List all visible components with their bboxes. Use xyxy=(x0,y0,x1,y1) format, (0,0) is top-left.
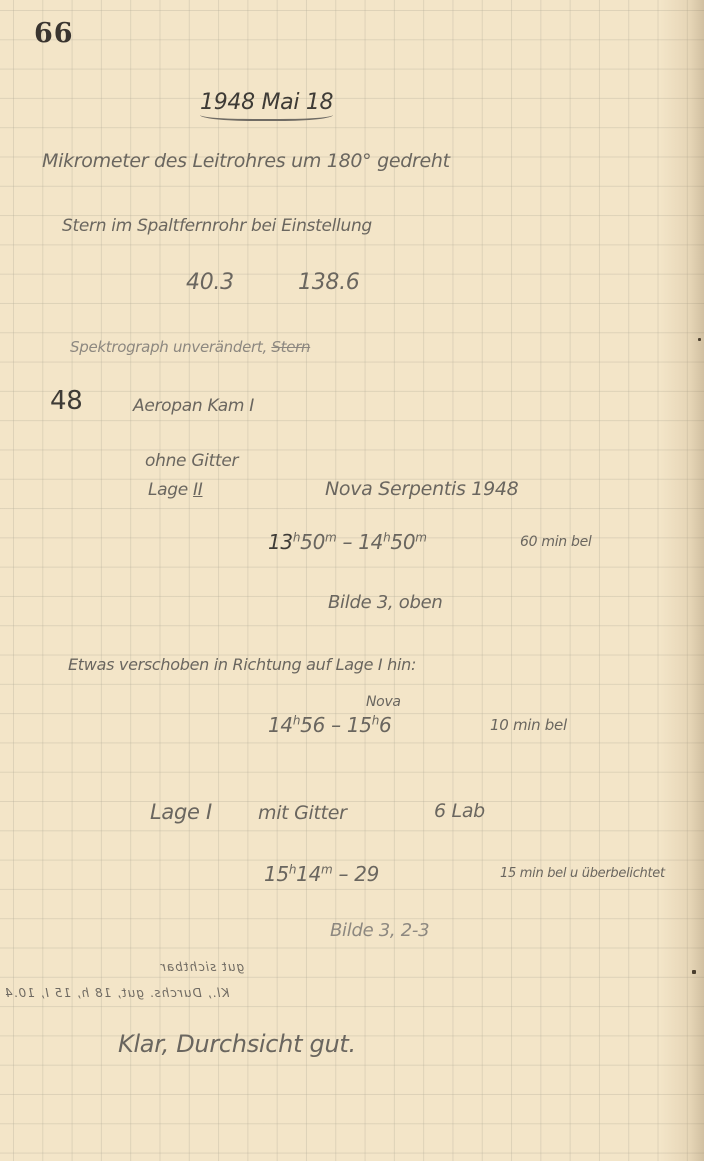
exposure-1-note: 60 min bel xyxy=(520,534,592,550)
reading-first: 40.3 xyxy=(186,270,234,295)
shift-note: Etwas verschoben in Richtung auf Lage I … xyxy=(68,655,416,674)
notebook-page: 66 1948 Mai 18 Mikrometer des Leitrohres… xyxy=(0,0,704,1161)
offset-bleed-through-1: gut sichtbar xyxy=(160,960,244,974)
offset-bleed-through-2: Kl., Durchs. gut, 18 h, 15 I, 10.4 xyxy=(4,986,229,1000)
exp3-start-hour: 15 xyxy=(264,862,289,886)
image-1-note: Bilde 3, oben xyxy=(328,592,443,613)
exp2-end-min: 6 xyxy=(379,713,391,737)
exp2-end-hour: 15 xyxy=(347,713,372,737)
exp2-start-min: 56 xyxy=(300,713,325,737)
exposure-2: 14h56 – 15h6 xyxy=(268,713,391,737)
exp3-end-min: 29 xyxy=(354,862,379,886)
paper-speck xyxy=(698,338,701,341)
exp1-start-hour: 13 xyxy=(268,530,293,554)
star-in-slit-note: Stern im Spaltfernrohr bei Einstellung xyxy=(62,216,372,236)
exp1-start-min: 50 xyxy=(300,530,325,554)
note-2: 6 Lab xyxy=(434,800,485,822)
camera-label: Aeropan Kam I xyxy=(133,396,254,416)
dash: – xyxy=(336,530,358,554)
grating-label: ohne Gitter xyxy=(145,451,238,471)
unit-h: h xyxy=(372,713,379,727)
object-name: Nova Serpentis 1948 xyxy=(325,478,518,500)
unit-m: m xyxy=(321,862,332,876)
exp1-end-hour: 14 xyxy=(358,530,383,554)
position-roman: II xyxy=(193,480,202,500)
nova-label: Nova xyxy=(366,694,401,710)
plate-number: 48 xyxy=(50,386,82,416)
exp1-end-min: 50 xyxy=(390,530,415,554)
micrometer-note: Mikrometer des Leitrohres um 180° gedreh… xyxy=(42,150,450,172)
unit-m: m xyxy=(325,530,336,544)
grating-2-label: mit Gitter xyxy=(258,802,347,824)
page-number: 66 xyxy=(34,18,74,49)
unit-m: m xyxy=(415,530,426,544)
exposure-3-note: 15 min bel u überbelichtet xyxy=(500,866,665,881)
exp2-start-hour: 14 xyxy=(268,713,293,737)
position-label: Lage II xyxy=(148,480,202,500)
position-text: Lage xyxy=(148,480,193,500)
exposure-3: 15h14m – 29 xyxy=(264,862,379,886)
struck-word: Stern xyxy=(271,338,310,356)
exp3-start-min: 14 xyxy=(296,862,321,886)
dash: – xyxy=(325,713,347,737)
position-2-label: Lage I xyxy=(150,800,212,824)
image-2-note: Bilde 3, 2-3 xyxy=(330,920,429,941)
reading-second: 138.6 xyxy=(298,270,359,295)
sky-conditions: Klar, Durchsicht gut. xyxy=(118,1030,356,1058)
paper-speck xyxy=(692,970,696,974)
exposure-2-note: 10 min bel xyxy=(490,716,567,734)
spectrograph-note: Spektrograph unverändert, Stern xyxy=(70,338,310,356)
spectrograph-text: Spektrograph unverändert, xyxy=(70,338,271,356)
position2-roman: I xyxy=(206,800,212,824)
position2-text: Lage xyxy=(150,800,206,824)
exposure-1: 13h50m – 14h50m xyxy=(268,530,427,554)
dash: – xyxy=(332,862,354,886)
entry-date: 1948 Mai 18 xyxy=(200,90,333,121)
